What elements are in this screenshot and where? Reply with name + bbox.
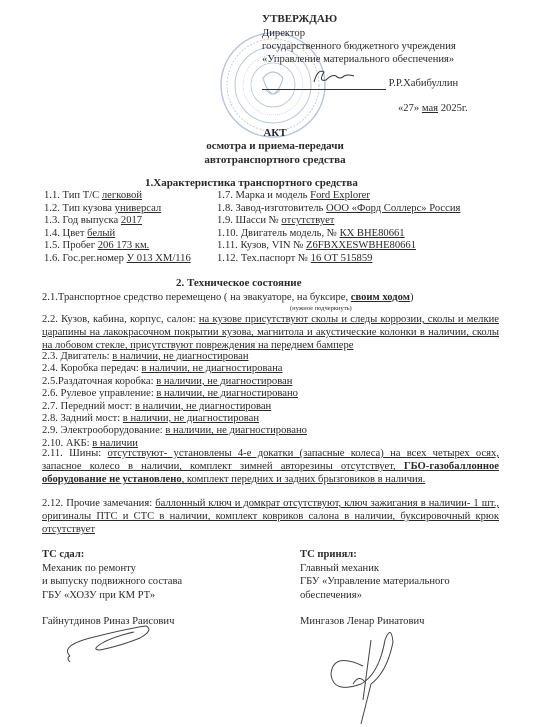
left-value: универсал xyxy=(115,203,162,214)
item-2-1-selected: своим ходом xyxy=(351,292,410,303)
approval-date: «27» мая 2025г. xyxy=(398,102,468,115)
right-row: 1.9. Шасси № отсутствует xyxy=(217,214,334,227)
section-2-title: 2. Техническое состояние xyxy=(176,277,302,291)
receiver-title: ТС принял: xyxy=(300,548,450,562)
item-label: 2.9. Электрооборудование: xyxy=(42,425,165,436)
right-value: ООО «Форд Соллерс» Россия xyxy=(326,203,460,214)
giver-signature-icon xyxy=(50,622,160,664)
left-label: 1.5. Пробег xyxy=(44,240,98,251)
left-row: 1.4. Цвет белый xyxy=(44,227,115,240)
left-value: 2017 xyxy=(121,215,142,226)
giver-line-2: и выпуску подвижного состава xyxy=(42,575,182,589)
director-sign-line: Р.Р.Хабибуллин xyxy=(262,77,458,90)
giver-line-3: ГБУ «ХОЗУ при КМ РТ» xyxy=(42,589,182,603)
item-2-1-note: (нужное подчеркнуть) xyxy=(290,305,352,313)
item-2-1: 2.1.Транспортное средство перемещено ( н… xyxy=(42,291,413,304)
item-2-12: 2.12. Прочие замечания: баллонный ключ и… xyxy=(42,497,499,537)
item-value: в наличии, не диагностирован xyxy=(123,413,259,424)
item-value: в наличии, не диагностирован xyxy=(112,351,248,362)
item-value: в наличии, не диагностировано xyxy=(156,388,298,399)
giver-line-1: Механик по ремонту xyxy=(42,562,182,576)
giver-block: ТС сдал: Механик по ремонту и выпуску по… xyxy=(42,548,182,629)
giver-title: ТС сдал: xyxy=(42,548,182,562)
date-year: 2025г. xyxy=(441,103,468,114)
left-value: 206 173 км. xyxy=(98,240,150,251)
approval-block: УТВЕРЖДАЮ Директор государственного бюдж… xyxy=(262,13,456,66)
left-label: 1.2. Тип кузова xyxy=(44,203,115,214)
item-label: 2.8. Задний мост: xyxy=(42,413,123,424)
left-row: 1.6. Гос.рег.номер У 013 ХМ/116 xyxy=(44,252,191,265)
item-row: 2.5.Раздаточная коробка: в наличии, не д… xyxy=(42,375,292,388)
right-row: 1.8. Завод-изготовитель ООО «Форд Соллер… xyxy=(217,202,460,215)
receiver-block: ТС принял: Главный механик ГБУ «Управлен… xyxy=(300,548,450,629)
left-label: 1.1. Тип Т/С xyxy=(44,190,102,201)
approval-org-line1: государственного бюджетного учреждения xyxy=(262,40,456,53)
director-name: Р.Р.Хабибуллин xyxy=(389,78,459,89)
item-2-11-label: 2.11. Шины: xyxy=(42,448,107,459)
left-label: 1.3. Год выпуска xyxy=(44,215,121,226)
item-label: 2.6. Рулевое управление: xyxy=(42,388,156,399)
item-value: в наличии, не диагностирован xyxy=(156,376,292,387)
item-row: 2.7. Передний мост: в наличии, не диагно… xyxy=(42,400,271,413)
act-subtitle-2: автотранспортного средства xyxy=(150,154,400,167)
left-row: 1.5. Пробег 206 173 км. xyxy=(44,239,149,252)
receiver-line-2: ГБУ «Управление материального xyxy=(300,575,450,589)
item-2-11: 2.11. Шины: отсутствуют- установлены 4-е… xyxy=(42,447,499,487)
act-subtitle-1: осмотра и приема-передачи xyxy=(150,140,400,153)
right-row: 1.10. Двигатель модель, № КХ ВНЕ80661 xyxy=(217,227,405,240)
item-label: 2.4. Коробка передач: xyxy=(42,363,142,374)
item-2-12-label: 2.12. Прочие замечания: xyxy=(42,498,155,509)
right-value: Ford Explorer xyxy=(310,190,370,201)
act-title-block: АКТ осмотра и приема-передачи автотрансп… xyxy=(150,127,400,167)
item-2-1-close: ) xyxy=(410,292,414,303)
left-label: 1.6. Гос.рег.номер xyxy=(44,253,127,264)
right-value: 16 ОТ 515859 xyxy=(311,253,373,264)
left-label: 1.4. Цвет xyxy=(44,228,87,239)
item-row: 2.6. Рулевое управление: в наличии, не д… xyxy=(42,387,298,400)
left-value: легковой xyxy=(102,190,142,201)
left-row: 1.1. Тип Т/С легковой xyxy=(44,189,142,202)
item-label: 2.3. Двигатель: xyxy=(42,351,112,362)
item-2-11-value-end: , комплект передних и задних брызговиков… xyxy=(182,474,426,485)
receiver-line-3: обеспечения» xyxy=(300,589,450,603)
left-value: белый xyxy=(87,228,115,239)
date-month: мая xyxy=(422,103,438,114)
right-label: 1.8. Завод-изготовитель xyxy=(217,203,326,214)
right-row: 1.7. Марка и модель Ford Explorer xyxy=(217,189,370,202)
item-label: 2.5.Раздаточная коробка: xyxy=(42,376,156,387)
item-value: в наличии, не диагностировано xyxy=(165,425,307,436)
item-2-2: 2.2. Кузов, кабина, корпус, салон: на ку… xyxy=(42,313,499,353)
approval-title: УТВЕРЖДАЮ xyxy=(262,13,456,27)
item-row: 2.4. Коробка передач: в наличии, не диаг… xyxy=(42,362,282,375)
act-title: АКТ xyxy=(150,127,400,140)
item-value: в наличии, не диагностирована xyxy=(142,363,283,374)
date-day: «27» xyxy=(398,103,419,114)
left-row: 1.3. Год выпуска 2017 xyxy=(44,214,142,227)
right-label: 1.7. Марка и модель xyxy=(217,190,310,201)
approval-org-line2: «Управление материального обеспечения» xyxy=(262,53,456,66)
item-row: 2.8. Задний мост: в наличии, не диагност… xyxy=(42,412,259,425)
right-value: отсутствует xyxy=(281,215,334,226)
item-2-1-label: 2.1.Транспортное средство перемещено ( н… xyxy=(42,292,351,303)
left-row: 1.2. Тип кузова универсал xyxy=(44,202,161,215)
item-label: 2.7. Передний мост: xyxy=(42,401,135,412)
right-value: Z6FBXXESWBHE80661 xyxy=(306,240,416,251)
right-label: 1.9. Шасси № xyxy=(217,215,281,226)
right-label: 1.11. Кузов, VIN № xyxy=(217,240,306,251)
item-2-2-label: 2.2. Кузов, кабина, корпус, салон: xyxy=(42,314,199,325)
receiver-signature-icon xyxy=(325,628,410,727)
item-row: 2.3. Двигатель: в наличии, не диагностир… xyxy=(42,350,249,363)
receiver-name: Мингазов Ленар Ринатович xyxy=(300,615,450,629)
right-row: 1.12. Тех.паспорт № 16 ОТ 515859 xyxy=(217,252,372,265)
right-value: КХ ВНЕ80661 xyxy=(340,228,405,239)
left-value: У 013 ХМ/116 xyxy=(127,253,191,264)
item-value: в наличии, не диагностирован xyxy=(135,401,271,412)
right-label: 1.10. Двигатель модель, № xyxy=(217,228,340,239)
right-label: 1.12. Тех.паспорт № xyxy=(217,253,311,264)
receiver-line-1: Главный механик xyxy=(300,562,450,576)
right-row: 1.11. Кузов, VIN № Z6FBXXESWBHE80661 xyxy=(217,239,416,252)
item-row: 2.9. Электрооборудование: в наличии, не … xyxy=(42,424,307,437)
approval-position: Директор xyxy=(262,27,456,40)
